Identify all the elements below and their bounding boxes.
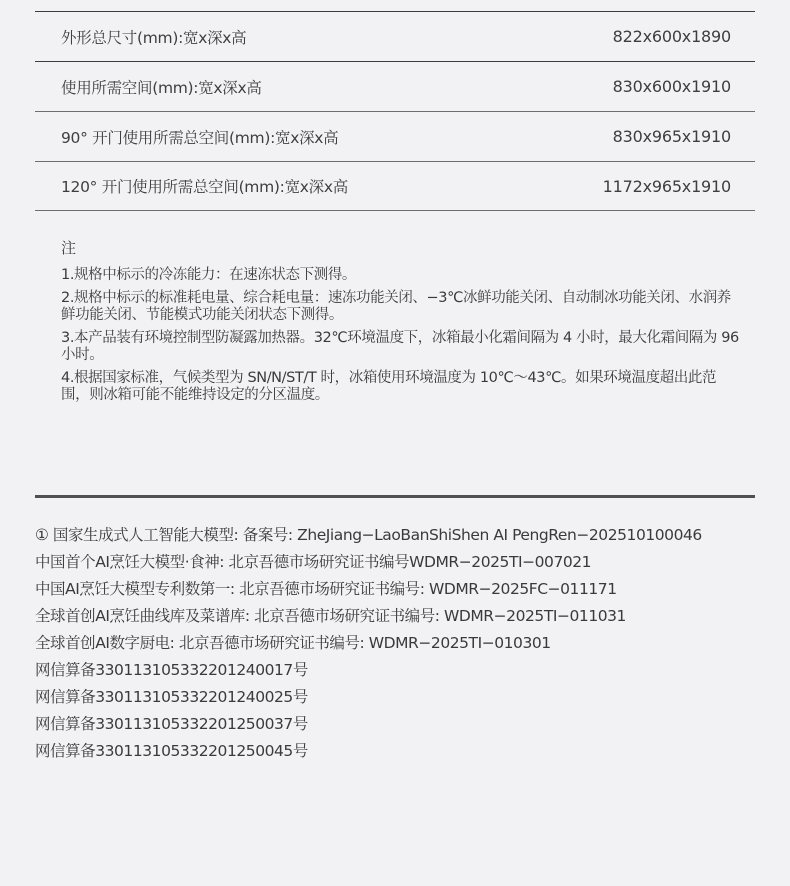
- spec-row-90-door-space: 90° 开门使用所需总空间(mm):宽x深x高 830x965x1910: [35, 111, 755, 161]
- footer-line: 全球首创AI数字厨电: 北京吾德市场研究证书编号: WDMR−2025TI−01…: [35, 630, 785, 657]
- footer-line: 网信算备330113105332201240017号: [35, 657, 785, 684]
- footer-line: 网信算备330113105332201250037号: [35, 711, 785, 738]
- spec-label: 外形总尺寸(mm):宽x深x高: [35, 26, 246, 48]
- spec-label: 120° 开门使用所需总空间(mm):宽x深x高: [35, 175, 348, 197]
- footer-line: 中国首个AI烹饪大模型·食神: 北京吾德市场研究证书编号WDMR−2025TI−…: [35, 549, 785, 576]
- spec-row-required-space: 使用所需空间(mm):宽x深x高 830x600x1910: [35, 61, 755, 111]
- note-item: 1.规格中标示的冷冻能力：在速冻状态下测得。: [61, 267, 741, 284]
- footer-line: ① 国家生成式人工智能大模型: 备案号: ZheJiang−LaoBanShiS…: [35, 522, 785, 549]
- notes-section: 注 1.规格中标示的冷冻能力：在速冻状态下测得。 2.规格中标示的标准耗电量、综…: [61, 240, 741, 410]
- note-item: 4.根据国家标准，气候类型为 SN/N/ST/T 时，冰箱使用环境温度为 10℃…: [61, 370, 741, 404]
- spec-value: 822x600x1890: [613, 27, 755, 46]
- footer-line: 网信算备330113105332201240025号: [35, 684, 785, 711]
- spec-table: 外形总尺寸(mm):宽x深x高 822x600x1890 使用所需空间(mm):…: [35, 11, 755, 211]
- spec-value: 830x965x1910: [613, 127, 755, 146]
- spec-label: 使用所需空间(mm):宽x深x高: [35, 76, 262, 98]
- spec-row-overall-size: 外形总尺寸(mm):宽x深x高 822x600x1890: [35, 11, 755, 61]
- note-item: 2.规格中标示的标准耗电量、综合耗电量：速冻功能关闭、−3℃冰鲜功能关闭、自动制…: [61, 290, 741, 324]
- spec-label: 90° 开门使用所需总空间(mm):宽x深x高: [35, 126, 338, 148]
- spec-value: 1172x965x1910: [603, 177, 755, 196]
- notes-title: 注: [61, 240, 741, 257]
- spec-row-120-door-space: 120° 开门使用所需总空间(mm):宽x深x高 1172x965x1910: [35, 161, 755, 211]
- footer-line: 网信算备330113105332201250045号: [35, 738, 785, 765]
- section-divider: [35, 495, 755, 498]
- footer-line: 全球首创AI烹饪曲线库及菜谱库: 北京吾德市场研究证书编号: WDMR−2025…: [35, 603, 785, 630]
- footer-certifications: ① 国家生成式人工智能大模型: 备案号: ZheJiang−LaoBanShiS…: [35, 522, 785, 765]
- spec-value: 830x600x1910: [613, 77, 755, 96]
- note-item: 3.本产品装有环境控制型防凝露加热器。32℃环境温度下，冰箱最小化霜间隔为 4 …: [61, 330, 741, 364]
- footer-line: 中国AI烹饪大模型专利数第一: 北京吾德市场研究证书编号: WDMR−2025F…: [35, 576, 785, 603]
